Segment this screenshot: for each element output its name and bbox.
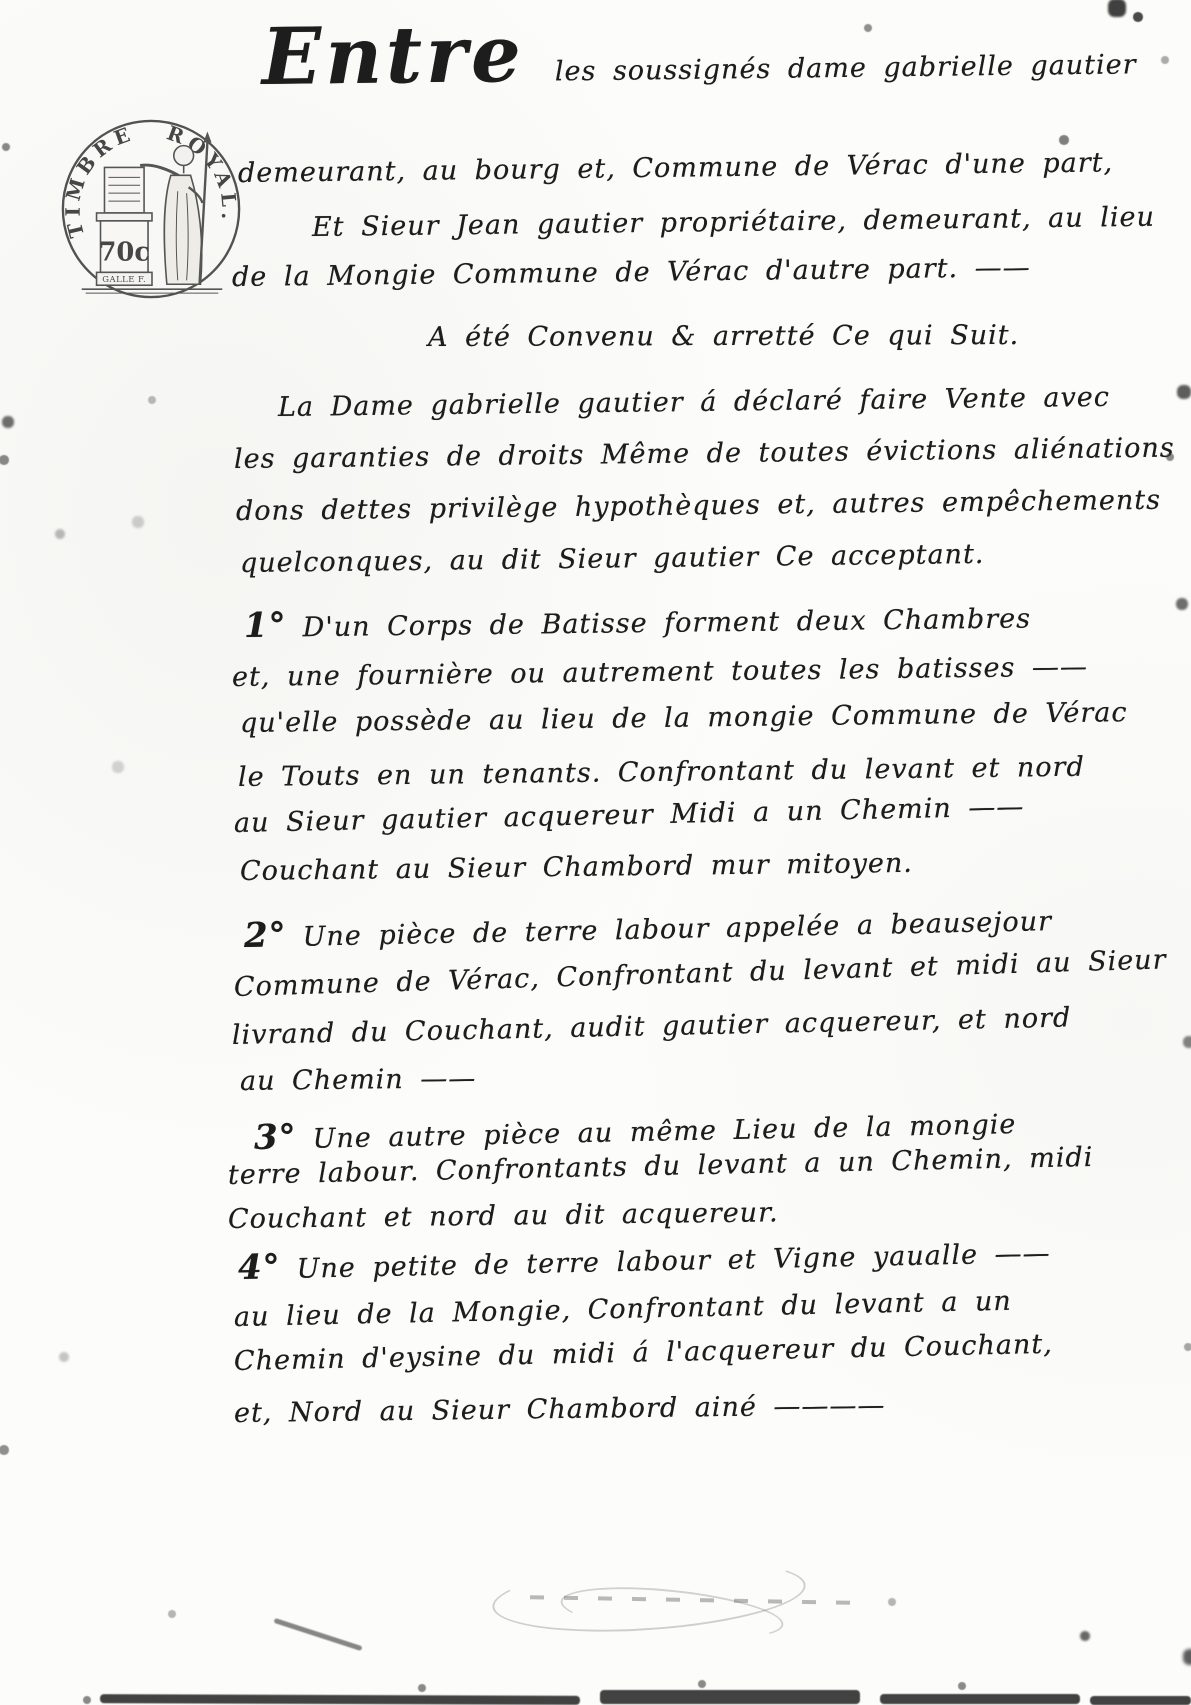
manuscript-text: au Chemin ——: [240, 1063, 477, 1097]
manuscript-text: qu'elle possède au lieu de la mongie Com…: [240, 697, 1128, 739]
manuscript-text: Couchant au Sieur Chambord mur mitoyen.: [240, 848, 913, 887]
manuscript-text: au lieu de la Mongie, Confrontant du lev…: [234, 1286, 1012, 1333]
manuscript-line: Couchant au Sieur Chambord mur mitoyen.: [240, 848, 913, 887]
scan-edge-band: [880, 1694, 1080, 1704]
manuscript-line: et, Nord au Sieur Chambord ainé ————: [234, 1390, 886, 1429]
manuscript-line: qu'elle possède au lieu de la mongie Com…: [240, 697, 1128, 739]
manuscript-text: demeurant, au bourg et, Commune de Vérac…: [238, 147, 1114, 189]
manuscript-text: Une pièce de terre labour appelée a beau…: [302, 906, 1052, 953]
manuscript-text: et, Nord au Sieur Chambord ainé ————: [234, 1390, 886, 1429]
manuscript-text: au Sieur gautier acquereur Midi a un Che…: [234, 791, 1025, 839]
manuscript-text: Chemin d'eysine du midi á l'acquereur du…: [234, 1329, 1053, 1377]
item-number: 3°: [254, 1117, 298, 1158]
manuscript-text: de la Mongie Commune de Vérac d'autre pa…: [232, 252, 1031, 293]
manuscript-line: A été Convenu & arretté Ce qui Suit.: [428, 320, 1019, 353]
ink-streak: [273, 1618, 362, 1651]
bleedthrough-flourish: [490, 1551, 808, 1641]
manuscript-line: Et Sieur Jean gautier propriétaire, deme…: [312, 202, 1155, 243]
manuscript-line: de la Mongie Commune de Vérac d'autre pa…: [232, 252, 1031, 293]
manuscript-line: demeurant, au bourg et, Commune de Vérac…: [238, 147, 1114, 189]
stamp-engraver: GALLE F.: [102, 274, 146, 284]
manuscript-text: les soussignés dame gabrielle gautier: [555, 49, 1137, 87]
manuscript-line: 1°D'un Corps de Batisse forment deux Cha…: [244, 596, 1031, 646]
item-number: 4°: [238, 1247, 282, 1288]
manuscript-line: 2°Une pièce de terre labour appelée a be…: [244, 899, 1053, 956]
manuscript-text: les garanties de droits Même de toutes é…: [234, 433, 1175, 475]
manuscript-text: A été Convenu & arretté Ce qui Suit.: [428, 320, 1019, 353]
scanned-deed-page: TIMBRE ROYAL. 70c G: [0, 0, 1191, 1705]
manuscript-line: livrand du Couchant, audit gautier acque…: [232, 1002, 1072, 1051]
bleedthrough-flourish: [558, 1578, 786, 1647]
stamp-denomination: 70c: [99, 237, 150, 267]
royal-stamp: TIMBRE ROYAL. 70c G: [52, 110, 250, 308]
manuscript-text: Une petite de terre labour et Vigne yaua…: [296, 1238, 1051, 1285]
manuscript-line: au lieu de la Mongie, Confrontant du lev…: [234, 1286, 1012, 1333]
bleedthrough-dashes: [530, 1595, 850, 1605]
manuscript-text: Et Sieur Jean gautier propriétaire, deme…: [312, 202, 1155, 243]
manuscript-line: le Touts en un tenants. Confrontant du l…: [238, 752, 1085, 793]
manuscript-text: dons dettes privilège hypothèques et, au…: [236, 485, 1161, 527]
manuscript-line: dons dettes privilège hypothèques et, au…: [236, 485, 1161, 527]
manuscript-line: 4°Une petite de terre labour et Vigne ya…: [238, 1231, 1051, 1288]
manuscript-line: au Chemin ——: [240, 1063, 477, 1097]
scan-speckles: [0, 0, 4, 4]
manuscript-line: quelconques, au dit Sieur gautier Ce acc…: [240, 539, 985, 579]
manuscript-opening-word: Entre: [261, 9, 525, 103]
manuscript-line: les garanties de droits Même de toutes é…: [234, 433, 1175, 475]
manuscript-line: Chemin d'eysine du midi á l'acquereur du…: [234, 1329, 1053, 1377]
manuscript-line: au Sieur gautier acquereur Midi a un Che…: [234, 791, 1025, 839]
manuscript-text: Couchant et nord au dit acquereur.: [228, 1197, 779, 1235]
manuscript-line: La Dame gabrielle gautier á déclaré fair…: [278, 382, 1110, 423]
manuscript-text: le Touts en un tenants. Confrontant du l…: [238, 752, 1085, 793]
manuscript-text: quelconques, au dit Sieur gautier Ce acc…: [240, 539, 985, 579]
item-number: 1°: [244, 605, 287, 646]
manuscript-text: D'un Corps de Batisse forment deux Chamb…: [303, 603, 1032, 643]
scan-edge-band: [1090, 1696, 1191, 1705]
manuscript-line: et, une fournière ou autrement toutes le…: [232, 652, 1088, 693]
manuscript-text: et, une fournière ou autrement toutes le…: [232, 652, 1088, 693]
item-number: 2°: [244, 915, 288, 956]
manuscript-line: Entreles soussignés dame gabrielle gauti…: [262, 47, 1137, 91]
manuscript-text: La Dame gabrielle gautier á déclaré fair…: [278, 382, 1110, 423]
manuscript-text: livrand du Couchant, audit gautier acque…: [232, 1002, 1072, 1051]
scan-edge-band: [100, 1694, 580, 1705]
manuscript-line: Couchant et nord au dit acquereur.: [228, 1197, 779, 1235]
scan-edge-band: [600, 1690, 860, 1704]
